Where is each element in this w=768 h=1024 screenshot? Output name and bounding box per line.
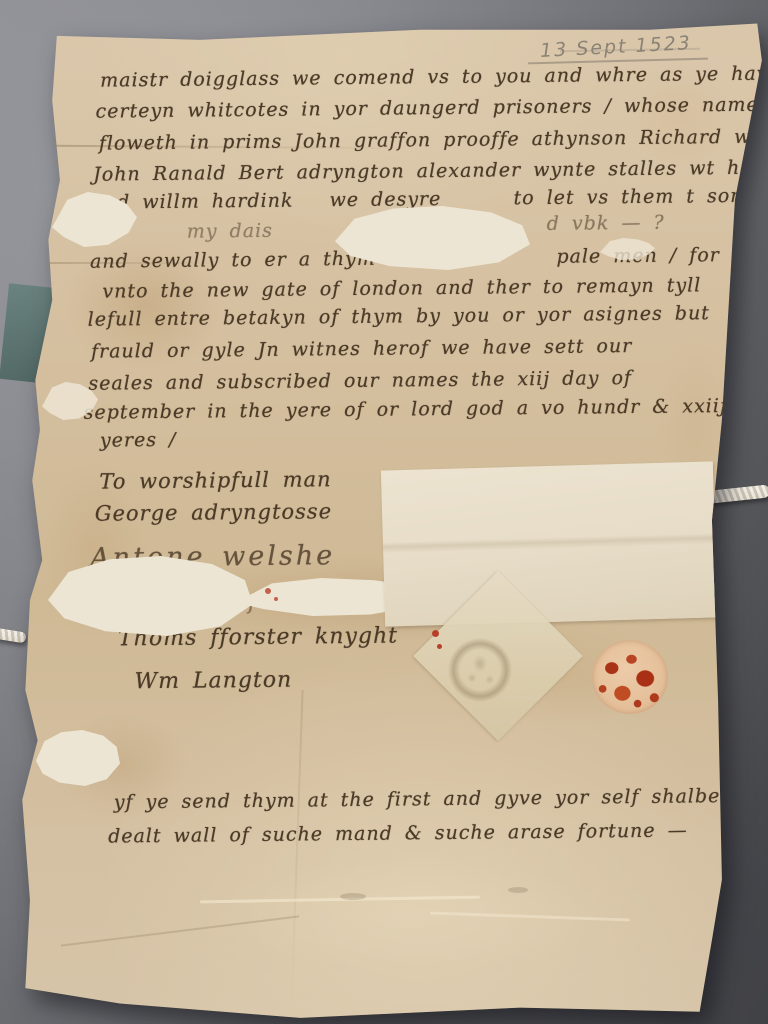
paper-seal-cover-patch bbox=[381, 461, 717, 626]
manuscript-line: floweth in prims John graffon prooffe at… bbox=[99, 125, 768, 154]
manuscript-line: lefull entre betakyn of thym by you or y… bbox=[88, 302, 710, 331]
manuscript-line: maistr doigglass we comend vs to you and… bbox=[100, 62, 768, 91]
manuscript-line: and willm hardink we desyre to let vs th… bbox=[91, 184, 768, 214]
signature-wm-langton: Wm Langton bbox=[134, 668, 292, 695]
address-line: To worshipfull man bbox=[99, 467, 331, 493]
signature-thomas-forster: Thoms fforster knyght bbox=[118, 623, 398, 651]
manuscript-line-faded: d vbk — ? bbox=[547, 212, 665, 235]
manuscript-line: frauld or gyle Jn witnes herof we have s… bbox=[91, 335, 632, 363]
signature-antone-welshe: Antone welshe bbox=[90, 540, 335, 574]
manuscript-line: september in the yere of or lord god a v… bbox=[84, 395, 749, 424]
manuscript-line: vnto the new gate of london and ther to … bbox=[102, 274, 701, 302]
red-wax-speck bbox=[437, 644, 442, 649]
manuscript-line: and sewally to er a thym pale men / for bbox=[90, 244, 720, 273]
address-line: George adryngtosse bbox=[95, 499, 333, 525]
red-wax-speck bbox=[274, 597, 278, 601]
manuscript-line: John Ranald Bert adryngton alexander wyn… bbox=[93, 156, 768, 185]
manuscript-line: seales and subscribed our names the xiij… bbox=[88, 367, 632, 395]
embossed-seal-impression bbox=[440, 630, 520, 710]
signature-fragment: of bbox=[234, 590, 258, 615]
manuscript-line: certeyn whitcotes in yor daungerd prison… bbox=[95, 93, 768, 123]
red-wax-speck bbox=[432, 630, 439, 637]
paper-shadow-wrap: 13 Sept 1523 maistr doigglass we comend … bbox=[0, 0, 768, 1024]
postscript-line: dealt wall of suche mand & suche arase f… bbox=[108, 819, 688, 847]
red-wax-seal-remnant bbox=[592, 640, 668, 714]
red-wax-speck bbox=[265, 588, 271, 594]
manuscript-line: yeres / bbox=[100, 429, 177, 452]
manuscript-line-faded: my dais bbox=[187, 220, 273, 243]
photograph-of-manuscript: 13 Sept 1523 maistr doigglass we comend … bbox=[0, 0, 768, 1024]
manuscript-paper: 13 Sept 1523 maistr doigglass we comend … bbox=[0, 0, 768, 1024]
postscript-line: yf ye send thym at the first and gyve yo… bbox=[114, 785, 721, 813]
